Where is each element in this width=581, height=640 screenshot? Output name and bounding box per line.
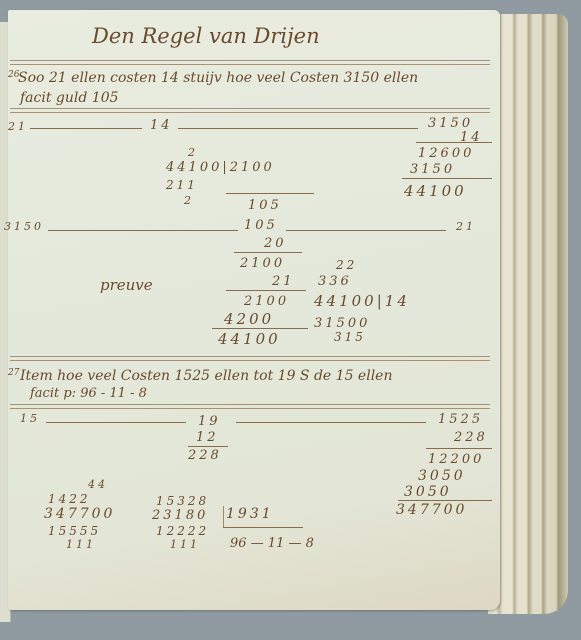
divisor-row: 23180	[152, 508, 208, 523]
proof-row: 2100	[240, 256, 285, 271]
proportion-dash	[178, 128, 418, 129]
proof-row: 4200	[224, 310, 274, 328]
division-line: 44100|2100	[166, 160, 275, 175]
calc-row: 12	[196, 430, 219, 445]
division-row: 44	[88, 478, 108, 491]
proof-rule	[226, 290, 306, 291]
proportion-left: 15	[20, 412, 40, 425]
rule-top-2	[10, 64, 490, 65]
proof-right-row: 44100|14	[314, 292, 410, 310]
proof-left: 3150	[4, 220, 44, 233]
proof-label: preuve	[100, 276, 153, 294]
partial-product: 3050	[418, 468, 466, 484]
proof-right-row: 336	[318, 274, 352, 289]
rule-top	[10, 60, 490, 61]
sum-rule	[402, 178, 492, 179]
partial-product: 3050	[404, 484, 452, 500]
page-title: Den Regel van Drijen	[92, 24, 320, 48]
problem-answer: facit guld 105	[20, 90, 119, 106]
proof-right-row: 31500	[314, 316, 370, 331]
proof-result: 44100	[218, 330, 281, 348]
rule	[10, 112, 490, 113]
calc-rule	[188, 446, 228, 447]
manuscript-page: Den Regel van Drijen 26 Soo 21 ellen cos…	[8, 10, 500, 610]
proof-row: 21	[272, 274, 295, 289]
quotient: 105	[248, 198, 282, 213]
divisor-row: 111	[170, 538, 200, 551]
rule	[10, 408, 490, 409]
multiplier: 228	[454, 430, 488, 445]
problem-text-line: Item hoe veel Costen 1525 ellen tot 19 S…	[20, 368, 392, 384]
partial-product: 12600	[418, 146, 474, 161]
problem-answer: facit p: 96 - 11 - 8	[30, 386, 147, 401]
division-remainder: 211	[166, 178, 198, 192]
proportion-middle: 19	[198, 414, 221, 429]
proof-rule	[212, 328, 308, 329]
division-row: 111	[66, 538, 96, 551]
rule	[10, 404, 490, 405]
proof-right-row: 22	[336, 258, 357, 272]
calc-result: 228	[188, 448, 222, 463]
final-result: 96 — 11 — 8	[230, 536, 314, 551]
quotient: 1931	[226, 506, 274, 522]
problem-number: 27	[8, 368, 19, 378]
division-row: 1422	[48, 492, 91, 506]
proportion-dash	[30, 128, 142, 129]
division-bottom: 2	[184, 194, 194, 207]
division-row: 347700	[44, 506, 115, 522]
product: 347700	[396, 502, 467, 518]
rule	[10, 356, 490, 357]
division-bracket	[223, 506, 224, 528]
proportion-dash	[46, 422, 186, 423]
sum-rule	[426, 448, 492, 449]
carry-digit: 2	[188, 146, 198, 159]
divisor-row: 12222	[156, 524, 209, 538]
proportion-middle: 14	[150, 118, 173, 133]
proportion-left: 21	[8, 120, 28, 133]
proof-right-row: 315	[334, 330, 366, 344]
proof-right: 21	[456, 220, 476, 233]
sum-rule	[416, 142, 492, 143]
proof-middle: 105	[244, 218, 278, 233]
rule	[10, 108, 490, 109]
proof-row: 20	[264, 236, 287, 251]
proportion-right: 1525	[438, 412, 483, 427]
proportion-dash	[236, 422, 426, 423]
product: 44100	[404, 182, 467, 200]
proportion-dash	[48, 230, 238, 231]
division-row: 15555	[48, 524, 101, 538]
proportion-right: 3150	[428, 116, 473, 131]
division-rule	[223, 527, 303, 528]
rule	[10, 360, 490, 361]
page-stack-edges	[488, 14, 568, 614]
proof-row: 2100	[244, 294, 289, 309]
division-rule	[226, 193, 314, 194]
divisor-row: 15328	[156, 494, 209, 508]
problem-text-line: Soo 21 ellen costen 14 stuijv hoe veel C…	[18, 70, 418, 86]
partial-product: 12200	[428, 452, 484, 467]
partial-product: 3150	[410, 162, 455, 177]
proof-rule	[234, 252, 302, 253]
proportion-dash	[286, 230, 446, 231]
sum-rule	[398, 500, 492, 501]
